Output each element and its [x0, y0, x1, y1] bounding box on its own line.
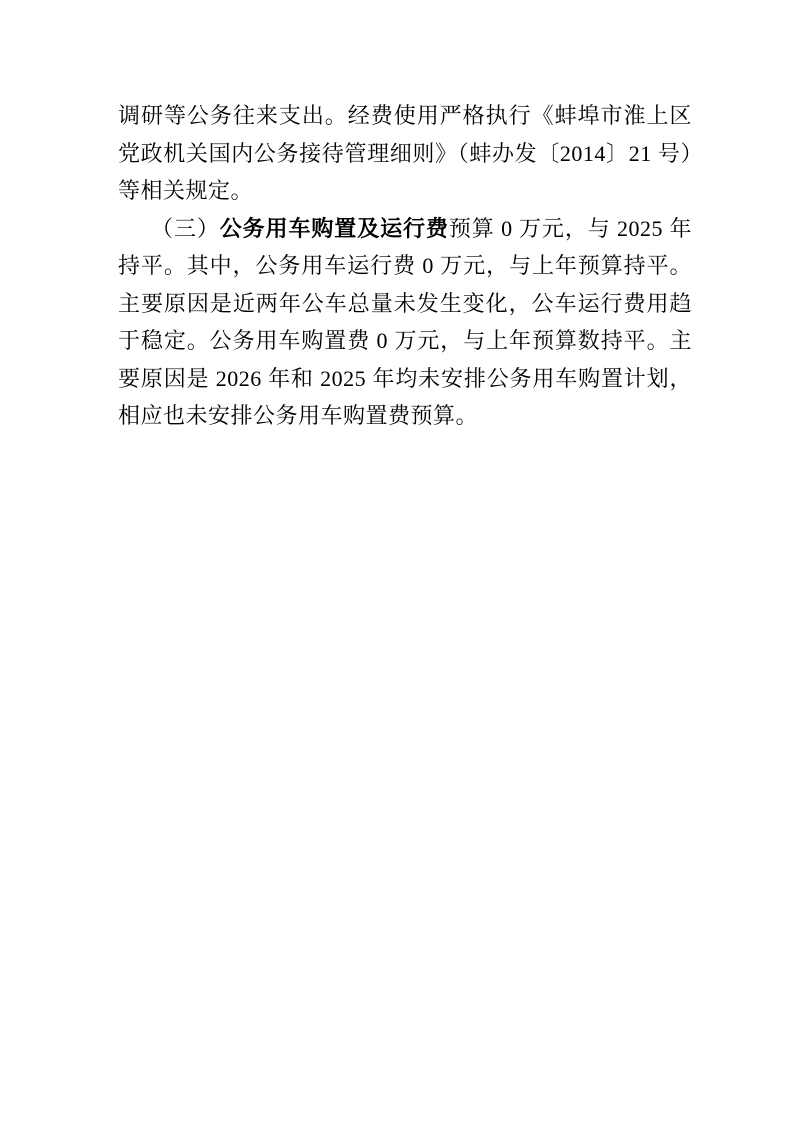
section-heading-official-vehicle: 公务用车购置及运行费: [220, 216, 449, 241]
body-text: 预算 0 万元，与 2025 年持平。其中，公务用车运行费 0 万元，与上年预算…: [118, 216, 692, 429]
paragraph-official-vehicle-budget: （三）公务用车购置及运行费预算 0 万元，与 2025 年持平。其中，公务用车运…: [118, 210, 692, 435]
document-text-block: 调研等公务往来支出。经费使用严格执行《蚌埠市淮上区党政机关国内公务接待管理细则》…: [118, 97, 692, 435]
document-page: 调研等公务往来支出。经费使用严格执行《蚌埠市淮上区党政机关国内公务接待管理细则》…: [0, 0, 793, 1122]
paragraph-official-reception-regulations: 调研等公务往来支出。经费使用严格执行《蚌埠市淮上区党政机关国内公务接待管理细则》…: [118, 97, 692, 210]
section-number: （三）: [151, 216, 220, 241]
body-text: 调研等公务往来支出。经费使用严格执行《蚌埠市淮上区党政机关国内公务接待管理细则》…: [118, 103, 692, 203]
